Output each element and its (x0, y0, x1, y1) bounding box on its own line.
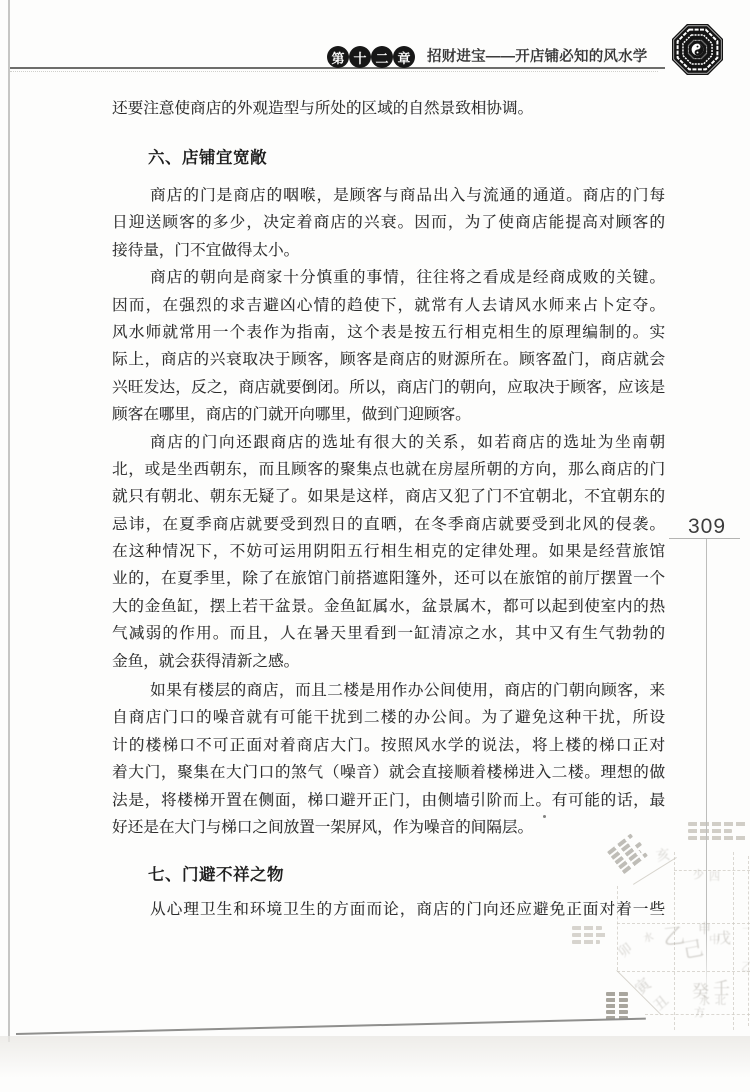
text-line: 因而，在强烈的求吉避凶心情的趋使下，就常有人去请风水师来占卜定夺。 (112, 292, 665, 319)
text-line: 接待量，门不宜做得太小。 (112, 237, 665, 264)
text-line: 风水师就常用一个表作为指南，这个表是按五行相克相生的原理编制的。实 (112, 319, 665, 346)
text-line: 商店的门是商店的咽喉，是顾客与商品出入与流通的通道。商店的门每 (112, 182, 665, 209)
paragraph: 如果有楼层的商店，而且二楼是用作办公间使用，商店的门朝向顾客，来自商店门口的噪音… (112, 677, 665, 841)
bagua-icon (672, 24, 723, 75)
section-heading-7: 七、门避不祥之物 (148, 867, 284, 884)
text-line: 法是，将楼梯开置在侧面，梯口避开正门，由侧墙引阶而上。有可能的话，最 (112, 787, 665, 814)
chapter-badge-char: 二 (371, 46, 393, 68)
text-line: 商店的门向还跟商店的选址有很大的关系，如若商店的选址为坐南朝 (112, 429, 665, 456)
text-line: 计的楼梯口不可正面对着商店大门。按照风水学的说法，将上楼的梯口正对 (112, 732, 665, 759)
chapter-badge-char: 章 (393, 46, 415, 68)
text-line: 好还是在大门与梯口之间放置一架屏风，作为噪音的间隔层。 (112, 814, 665, 841)
scanned-page: 第十二章 招财进宝——开店铺必知的风水学 还要注意使商店的外观造型与所处的区域的… (0, 0, 750, 1092)
text-line: 兴旺发达，反之，商店就要倒闭。所以，商店门的朝向，应取决于顾客，应该是 (112, 374, 665, 401)
text-line: 气减弱的作用。而且，人在暑天里看到一缸清凉之水，其中又有生气勃勃的 (112, 620, 665, 647)
text-line: 忌讳，在夏季商店就要受到烈日的直晒，在冬季商店就要受到北风的侵袭。 (112, 511, 665, 538)
paragraph: 从心理卫生和环境卫生的方面而论，商店的门向还应避免正面对着一些 (112, 896, 665, 923)
text-line: 业的，在夏季里，除了在旅馆门前搭遮阳篷外，还可以在旅馆的前厅摆置一个 (112, 565, 665, 592)
text-line: 北，或是坐西朝东，而且顾客的聚集点也就在房屋所朝的方向，那么商店的门 (112, 456, 665, 483)
text-line: 金鱼，就会获得清新之感。 (112, 648, 665, 675)
text-line: 就只有朝北、朝东无疑了。如果是这样，商店又犯了门不宜朝北，不宜朝东的 (112, 483, 665, 510)
page-number-vertical-rule (706, 539, 707, 1001)
text-line: 还要注意使商店的外观造型与所处的区域的自然景致相协调。 (112, 95, 665, 122)
intro-paragraph: 还要注意使商店的外观造型与所处的区域的自然景致相协调。 (112, 95, 665, 122)
text-line: 顾客在哪里，商店的门就开向哪里，做到门迎顾客。 (112, 401, 665, 428)
page-number-rule (669, 538, 740, 539)
text-line: 在这种情况下，不妨可运用阴阳五行相生相克的定律处理。如果是经营旅馆 (112, 538, 665, 565)
text-line: 日迎送顾客的多少，决定着商店的兴衰。因而，为了使商店能提高对顾客的 (112, 209, 665, 236)
chapter-badge-char: 第 (327, 46, 349, 68)
paragraph: 商店的朝向是商家十分慎重的事情，往往将之看成是经商成败的关键。因而，在强烈的求吉… (112, 264, 665, 428)
section-heading-6: 六、店铺宜宽敞 (148, 150, 267, 167)
page-number: 309 (684, 515, 730, 539)
chapter-badge-char: 十 (349, 46, 371, 68)
paragraph: 商店的门向还跟商店的选址有很大的关系，如若商店的选址为坐南朝北，或是坐西朝东，而… (112, 429, 665, 676)
text-line: 从心理卫生和环境卫生的方面而论，商店的门向还应避免正面对着一些 (112, 896, 665, 923)
text-line: 商店的朝向是商家十分慎重的事情，往往将之看成是经商成败的关键。 (112, 264, 665, 291)
paragraph: 还要注意使商店的外观造型与所处的区域的自然景致相协调。 (112, 95, 665, 122)
page-bottom-edge-line (16, 1018, 646, 1035)
ink-speck (543, 815, 546, 818)
chapter-title: 招财进宝——开店铺必知的风水学 (427, 48, 648, 66)
header-rule-shadow (10, 71, 658, 72)
text-line: 着大门，聚集在大门口的煞气（噪音）就会直接顺着楼梯进入二楼。理想的做 (112, 759, 665, 786)
section-7-body: 从心理卫生和环境卫生的方面而论，商店的门向还应避免正面对着一些 (112, 896, 665, 923)
scanner-shadow-band (0, 1036, 750, 1078)
chapter-badge: 第十二章 (327, 46, 415, 68)
text-line: 大的金鱼缸，摆上若干盆景。金鱼缸属水，盆景属木，都可以起到使室内的热 (112, 593, 665, 620)
page-left-edge-line (8, 0, 10, 1042)
text-line: 际上，商店的兴衰取决于顾客，顾客是商店的财源所在。顾客盈门，商店就会 (112, 346, 665, 373)
paragraph: 商店的门是商店的咽喉，是顾客与商品出入与流通的通道。商店的门每日迎送顾客的多少，… (112, 182, 665, 264)
text-line: 自商店门口的噪音就有可能干扰到二楼的办公间。为了避免这种干扰，所设 (112, 704, 665, 731)
section-6-body: 商店的门是商店的咽喉，是顾客与商品出入与流通的通道。商店的门每日迎送顾客的多少，… (112, 182, 665, 841)
text-line: 如果有楼层的商店，而且二楼是用作办公间使用，商店的门朝向顾客，来 (112, 677, 665, 704)
